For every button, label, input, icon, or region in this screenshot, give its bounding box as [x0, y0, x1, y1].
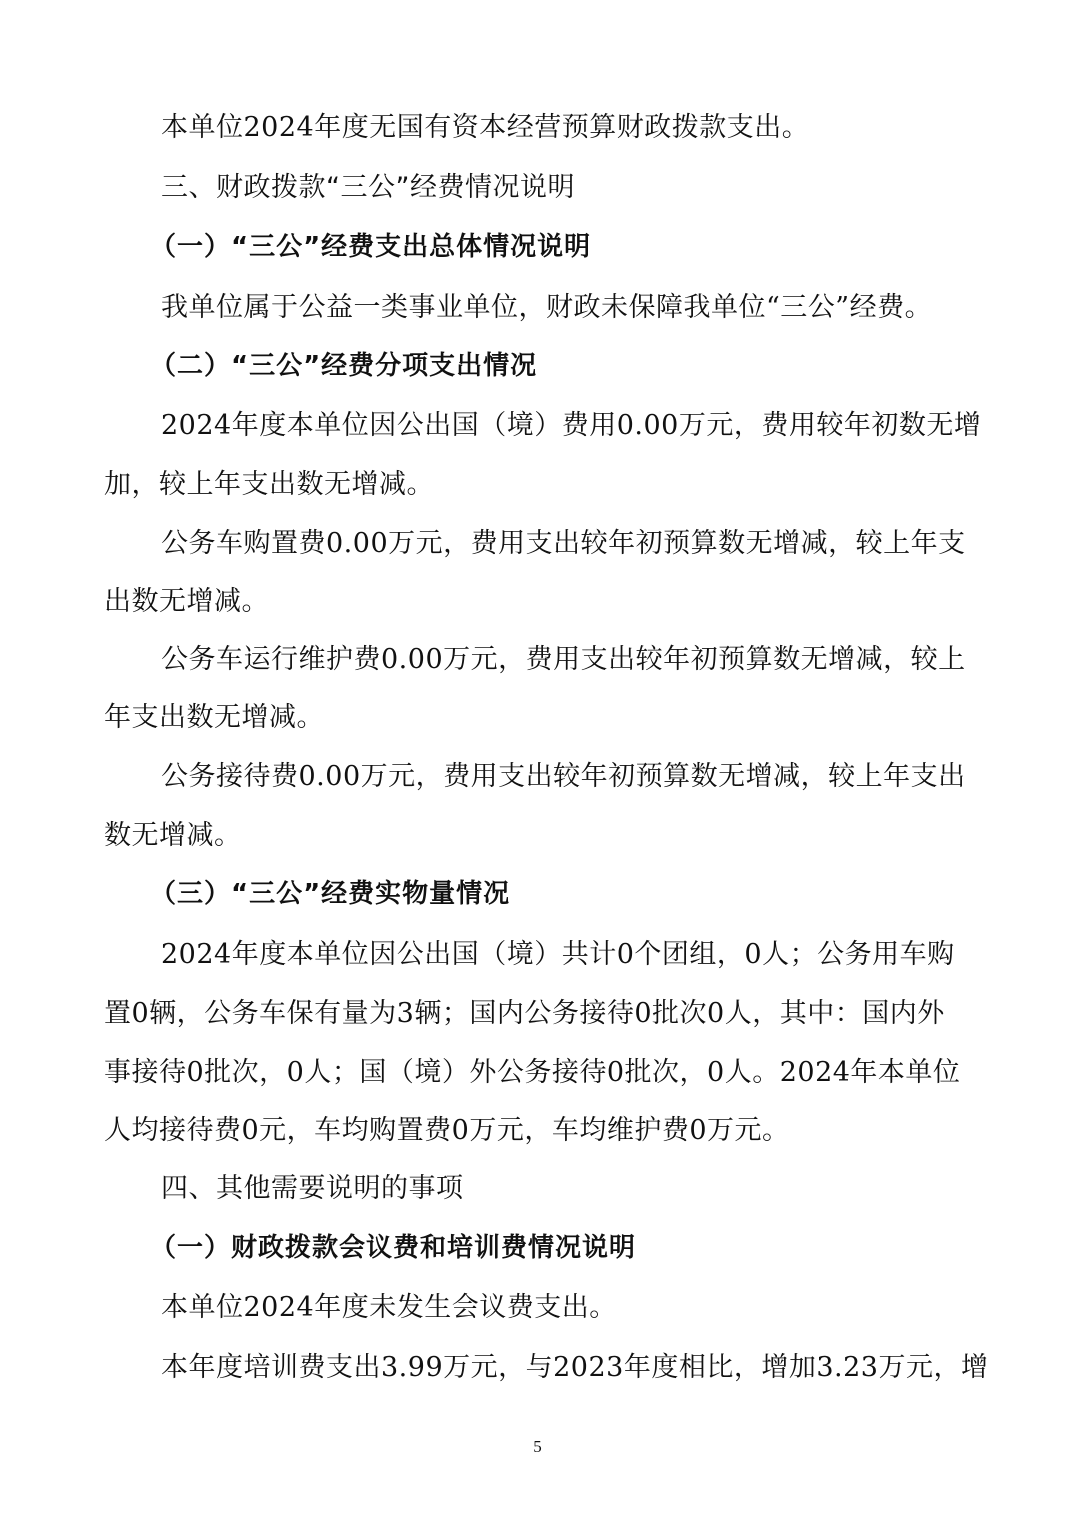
paragraph-reception-line2: 数无增减。	[104, 818, 974, 854]
paragraph-training-expense: 本年度培训费支出3.99万元，与2023年度相比，增加3.23万元，增	[161, 1350, 1031, 1386]
paragraph-vehicle-maintenance-line1: 公务车运行维护费0.00万元，费用支出较年初预算数无增减，较上	[161, 642, 1031, 678]
paragraph-no-state-capital-budget: 本单位2024年度无国有资本经营预算财政拨款支出。	[161, 110, 1031, 146]
heading-section-3-three-public-expenses: 三、财政拨款“三公”经费情况说明	[161, 170, 1031, 206]
heading-subsection-1-meeting-training: （一）财政拨款会议费和培训费情况说明	[150, 1230, 1020, 1266]
paragraph-overseas-travel-line1: 2024年度本单位因公出国（境）费用0.00万元，费用较年初数无增	[161, 408, 1031, 444]
paragraph-physical-quantity-line3: 事接待0批次，0人；国（境）外公务接待0批次，0人。2024年本单位	[104, 1055, 974, 1091]
paragraph-physical-quantity-line2: 置0辆，公务车保有量为3辆；国内公务接待0批次0人，其中：国内外	[104, 996, 974, 1032]
paragraph-meeting-expense: 本单位2024年度未发生会议费支出。	[161, 1290, 1031, 1326]
paragraph-vehicle-purchase-line1: 公务车购置费0.00万元，费用支出较年初预算数无增减，较上年支	[161, 526, 1031, 562]
paragraph-reception-line1: 公务接待费0.00万元，费用支出较年初预算数无增减，较上年支出	[161, 759, 1031, 795]
heading-subsection-1-overall: （一）“三公”经费支出总体情况说明	[150, 229, 1020, 265]
page-number: 5	[0, 1437, 1075, 1457]
heading-subsection-3-physical-quantity: （三）“三公”经费实物量情况	[150, 876, 1020, 912]
heading-subsection-2-itemized: （二）“三公”经费分项支出情况	[150, 348, 1020, 384]
heading-section-4-other-matters: 四、其他需要说明的事项	[161, 1171, 1031, 1207]
paragraph-public-welfare-unit: 我单位属于公益一类事业单位，财政未保障我单位“三公”经费。	[161, 290, 1031, 326]
paragraph-overseas-travel-line2: 加，较上年支出数无增减。	[104, 467, 974, 503]
paragraph-vehicle-maintenance-line2: 年支出数无增减。	[104, 700, 974, 736]
paragraph-physical-quantity-line4: 人均接待费0元，车均购置费0万元，车均维护费0万元。	[104, 1113, 974, 1149]
paragraph-physical-quantity-line1: 2024年度本单位因公出国（境）共计0个团组，0人；公务用车购	[161, 937, 1031, 973]
document-page: 本单位2024年度无国有资本经营预算财政拨款支出。 三、财政拨款“三公”经费情况…	[0, 0, 1075, 1520]
paragraph-vehicle-purchase-line2: 出数无增减。	[104, 584, 974, 620]
